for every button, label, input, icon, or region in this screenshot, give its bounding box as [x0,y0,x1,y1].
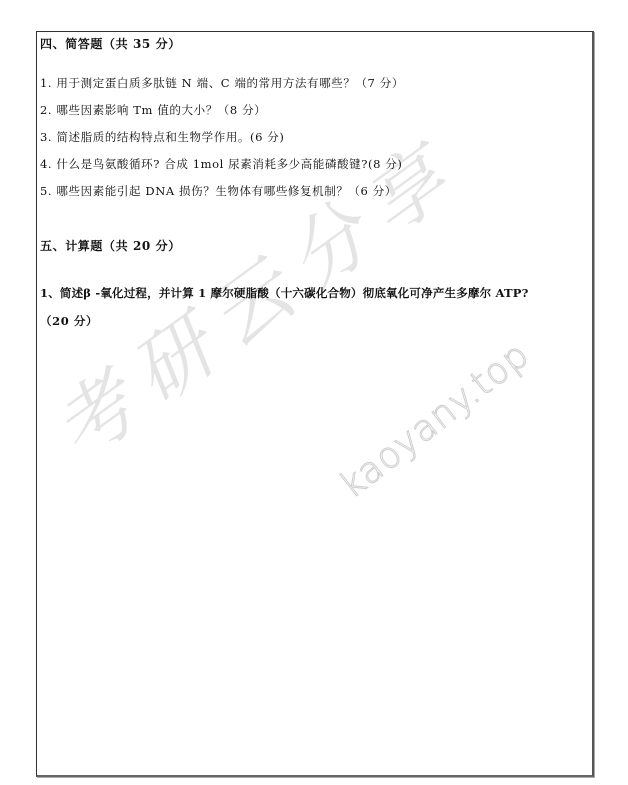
question-4-5: 5. 哪些因素能引起 DNA 损伤？生物体有哪些修复机制？（6 分） [40,183,397,199]
exam-content: 四、简答题（共 35 分） 1. 用于测定蛋白质多肽链 N 端、C 端的常用方法… [0,0,628,785]
question-4-4: 4. 什么是鸟氨酸循环? 合成 1mol 尿素消耗多少高能磷酸键?(8 分) [40,156,403,172]
section-4-heading: 四、简答题（共 35 分） [40,36,181,52]
question-5-1-line-2: （20 分） [40,313,98,329]
question-5-1-line-1: 1、简述β -氧化过程，并计算 1 摩尔硬脂酸（十六碳化合物）彻底氧化可净产生多… [40,285,529,301]
question-4-1: 1. 用于测定蛋白质多肽链 N 端、C 端的常用方法有哪些？（7 分） [40,75,404,91]
question-4-2: 2. 哪些因素影响 Tm 值的大小？（8 分） [40,102,266,118]
question-4-3: 3. 简述脂质的结构特点和生物学作用。(6 分) [40,129,284,145]
section-5-heading: 五、计算题（共 20 分） [40,238,181,254]
